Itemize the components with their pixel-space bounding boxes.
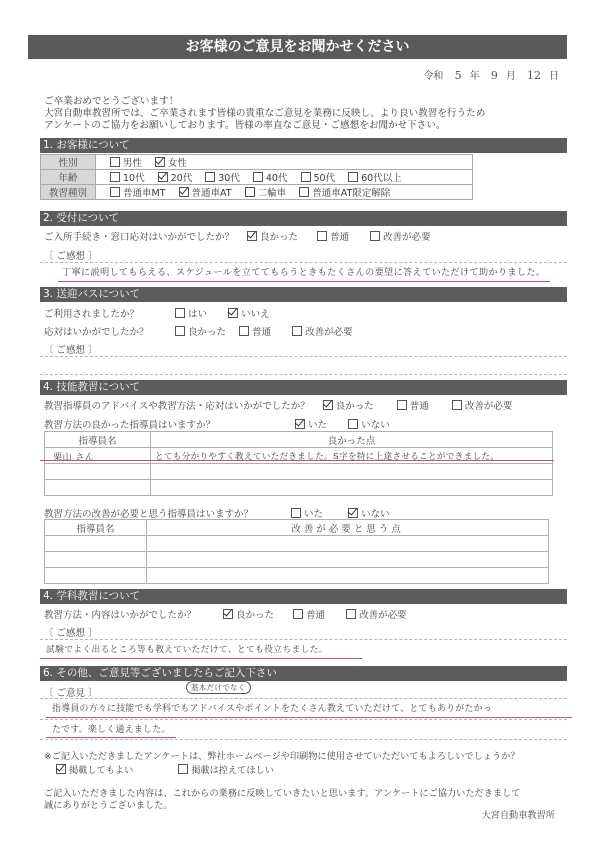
practical-eval-row: 教習指導員のアドバイスや教習方法・応対はいかがでしたか？ 良かった 普通 改善が… xyxy=(44,398,512,412)
consent-allow[interactable]: 掲載してもよい xyxy=(56,765,133,776)
checkbox-icon[interactable] xyxy=(346,609,356,619)
bad-instructor-no[interactable]: いない xyxy=(348,506,390,520)
checkbox-icon[interactable] xyxy=(175,308,185,318)
intro-line-2: 大宮自動車教習所では、ご卒業されます皆様の貴重なご意見を業務に反映し、より良い教… xyxy=(44,108,485,120)
checkbox-icon[interactable] xyxy=(110,172,120,182)
checkbox-icon[interactable] xyxy=(292,326,302,336)
improvement-points-cell[interactable] xyxy=(147,536,549,552)
good-instructor-row: 教習方法の良かった指導員はいますか？ いた いない xyxy=(44,417,390,431)
bus-usage-row: ご利用されましたか？ はい いいえ xyxy=(44,306,270,320)
bus-usage-question: ご利用されましたか？ xyxy=(44,306,162,320)
gender-male[interactable]: 男性 xyxy=(110,155,142,169)
checkbox-checked-icon[interactable] xyxy=(247,231,257,241)
course-type-label: 教習種別 xyxy=(41,185,96,200)
checkbox-icon[interactable] xyxy=(317,231,327,241)
date-month[interactable]: 9 xyxy=(491,69,498,82)
reception-improve[interactable]: 改善が必要 xyxy=(370,229,431,243)
bad-instructor-table: 指導員名 改善が必要と思う点 xyxy=(44,519,549,584)
consent-deny[interactable]: 掲載は控えてほしい xyxy=(178,765,274,776)
instructor-name-cell[interactable] xyxy=(45,480,151,496)
good-points-cell[interactable] xyxy=(151,480,553,496)
checkbox-icon[interactable] xyxy=(239,326,249,336)
improvement-points-cell[interactable] xyxy=(147,568,549,584)
age-50s[interactable]: 50代 xyxy=(301,170,336,184)
instructor-name-cell[interactable] xyxy=(45,552,147,568)
bus-service-row: 応対はいかがでしたか？ 良かった 普通 改善が必要 xyxy=(44,324,353,338)
date-day[interactable]: 12 xyxy=(527,69,541,82)
checkbox-icon[interactable] xyxy=(301,172,311,182)
bus-normal[interactable]: 普通 xyxy=(239,324,271,338)
instructor-name-cell[interactable]: 栗山 さん xyxy=(45,448,151,464)
checkbox-icon[interactable] xyxy=(299,187,309,197)
divider xyxy=(40,356,567,357)
checkbox-checked-icon[interactable] xyxy=(158,172,168,182)
checkbox-checked-icon[interactable] xyxy=(323,400,333,410)
checkbox-icon[interactable] xyxy=(370,231,380,241)
opinion-label: 〔 ご意見 〕 xyxy=(44,685,98,699)
red-underline xyxy=(40,460,554,461)
checkbox-icon[interactable] xyxy=(452,400,462,410)
reception-normal[interactable]: 普通 xyxy=(317,229,349,243)
signature: 大宮自動車教習所 xyxy=(482,810,556,822)
course-type-options: 普通車MT 普通車AT 二輪車 普通車AT限定解除 xyxy=(96,185,473,200)
age-options: 10代 20代 30代 40代 50代 60代以上 xyxy=(96,170,473,185)
col-improvement-points: 改善が必要と思う点 xyxy=(147,520,549,536)
reception-comment[interactable]: 丁寧に説明してもらえる、スケジュールを立ててもらうときもたくさんの要望に答えてい… xyxy=(62,264,545,278)
gender-female[interactable]: 女性 xyxy=(155,155,187,169)
consent-question: ※ご記入いただきましたアンケートは、弊社ホームページや印刷物に使用させていただい… xyxy=(44,751,520,763)
bad-instructor-row: 教習方法の改善が必要と思う指導員はいますか？ いた いない xyxy=(44,506,390,520)
bus-service-question: 応対はいかがでしたか？ xyxy=(44,324,162,338)
section-2-header: 2. 受付について xyxy=(40,211,567,226)
checkbox-checked-icon[interactable] xyxy=(228,308,238,318)
customer-info-table: 性別 男性 女性 年齢 10代 20代 30代 40代 50代 60代以上 教習… xyxy=(40,154,473,200)
red-underline xyxy=(58,281,550,282)
intro-line-3: アンケートのご協力をお願いしております。皆様の率直なご意見・ご感想をお聞かせ下さ… xyxy=(44,120,485,132)
divider xyxy=(40,719,567,720)
section-5-header: 4. 学科教習について xyxy=(40,589,567,604)
checkbox-icon[interactable] xyxy=(348,419,358,429)
practical-good[interactable]: 良かった xyxy=(323,398,374,412)
checkbox-icon[interactable] xyxy=(253,172,263,182)
checkbox-checked-icon[interactable] xyxy=(155,157,165,167)
age-20s[interactable]: 20代 xyxy=(158,170,193,184)
course-mt[interactable]: 普通車MT xyxy=(110,185,166,199)
checkbox-icon[interactable] xyxy=(245,187,255,197)
checkbox-icon[interactable] xyxy=(175,326,185,336)
col-instructor-name: 指導員名 xyxy=(45,432,151,448)
bus-comment-label: 〔 ご感想 〕 xyxy=(44,342,98,356)
day-unit: 日 xyxy=(549,71,559,82)
col-instructor-name: 指導員名 xyxy=(45,520,147,536)
checkbox-icon[interactable] xyxy=(110,187,120,197)
checkbox-icon[interactable] xyxy=(291,508,301,518)
checkbox-checked-icon[interactable] xyxy=(223,609,233,619)
course-motorcycle[interactable]: 二輪車 xyxy=(245,185,287,199)
red-underline xyxy=(40,658,362,659)
gender-label: 性別 xyxy=(41,155,96,170)
reception-question: ご入所手続き・窓口応対はいかがでしたか？ xyxy=(44,232,234,243)
classroom-eval-question: 教習方法・内容はいかがでしたか？ xyxy=(44,607,210,621)
date-era: 令和 xyxy=(423,71,443,82)
table-row xyxy=(45,552,549,568)
classroom-improve[interactable]: 改善が必要 xyxy=(346,607,407,621)
checkbox-icon[interactable] xyxy=(205,172,215,182)
bus-good[interactable]: 良かった xyxy=(175,324,226,338)
bad-instructor-question: 教習方法の改善が必要と思う指導員はいますか？ xyxy=(44,506,278,520)
consent-options: 掲載してもよい 掲載は控えてほしい xyxy=(56,764,274,777)
age-30s[interactable]: 30代 xyxy=(205,170,240,184)
reception-good[interactable]: 良かった xyxy=(247,229,298,243)
year-unit: 年 xyxy=(470,71,480,82)
instructor-name-cell[interactable] xyxy=(45,568,147,584)
practical-normal[interactable]: 普通 xyxy=(397,398,429,412)
divider xyxy=(40,262,567,263)
good-instructor-yes[interactable]: いた xyxy=(295,417,327,431)
handwritten-annotation: 基本だけでなく xyxy=(186,681,251,694)
bus-improve[interactable]: 改善が必要 xyxy=(292,324,353,338)
classroom-good[interactable]: 良かった xyxy=(223,607,274,621)
table-row: 栗山 さん とても分かりやすく教えていただきました。S字を特に上達させることがで… xyxy=(45,448,553,464)
instructor-name-cell[interactable] xyxy=(45,464,151,480)
practical-eval-question: 教習指導員のアドバイスや教習方法・応対はいかがでしたか？ xyxy=(44,401,310,412)
bus-used-no[interactable]: いいえ xyxy=(228,306,270,320)
checkbox-icon[interactable] xyxy=(178,764,188,774)
classroom-normal[interactable]: 普通 xyxy=(293,607,325,621)
table-row xyxy=(45,480,553,496)
month-unit: 月 xyxy=(506,71,516,82)
good-instructor-question: 教習方法の良かった指導員はいますか？ xyxy=(44,417,282,431)
table-row xyxy=(45,568,549,584)
practical-improve[interactable]: 改善が必要 xyxy=(452,398,513,412)
reception-question-row: ご入所手続き・窓口応対はいかがでしたか？ 良かった 普通 改善が必要 xyxy=(44,229,431,243)
course-at[interactable]: 普通車AT xyxy=(179,185,232,199)
improvement-points-cell[interactable] xyxy=(147,552,549,568)
checkbox-icon[interactable] xyxy=(348,172,358,182)
checkbox-checked-icon[interactable] xyxy=(348,508,358,518)
checkbox-icon[interactable] xyxy=(397,400,407,410)
checkbox-checked-icon[interactable] xyxy=(56,764,66,774)
classroom-eval-row: 教習方法・内容はいかがでしたか？ 良かった 普通 改善が必要 xyxy=(44,607,407,621)
red-underline xyxy=(46,717,572,718)
classroom-comment[interactable]: 試験でよく出るところ等も教えていただけて、とても役立ちました。 xyxy=(46,642,328,655)
col-good-points: 良かった点 xyxy=(151,432,553,448)
section-4-header: 4. 技能教習について xyxy=(40,380,567,395)
section-3-header: 3. 送迎バスについて xyxy=(40,287,567,302)
date-year[interactable]: 5 xyxy=(455,69,462,82)
section-6-header: 6. その他、ご意見等ございましたらご記入下さい xyxy=(40,666,567,681)
intro-text: ご卒業おめでとうございます！ 大宮自動車教習所では、ご卒業されます皆様の貴重なご… xyxy=(44,96,485,132)
divider xyxy=(40,739,567,740)
section-1-header: 1. お客様について xyxy=(40,138,567,153)
bus-used-yes[interactable]: はい xyxy=(175,306,207,320)
good-points-cell[interactable]: とても分かりやすく教えていただきました。S字を特に上達させることができました。 xyxy=(151,448,553,464)
thanks-line-1: ご記入いただきました内容は、これからの業務に反映していきたいと思います。アンケー… xyxy=(44,788,520,800)
age-10s[interactable]: 10代 xyxy=(110,170,145,184)
checkbox-icon[interactable] xyxy=(293,609,303,619)
table-row xyxy=(45,464,553,480)
table-row xyxy=(45,536,549,552)
red-underline xyxy=(46,737,176,738)
good-instructor-no[interactable]: いない xyxy=(348,417,390,431)
age-label: 年齢 xyxy=(41,170,96,185)
instructor-name-cell[interactable] xyxy=(45,536,147,552)
divider xyxy=(40,639,567,640)
divider xyxy=(40,374,567,375)
good-points-cell[interactable] xyxy=(151,464,553,480)
thanks-line-2: 誠にありがとうございました。 xyxy=(44,800,520,812)
reception-comment-label: 〔 ご感想 〕 xyxy=(44,248,98,262)
checkbox-checked-icon[interactable] xyxy=(179,187,189,197)
checkbox-icon[interactable] xyxy=(110,157,120,167)
good-instructor-table: 指導員名 良かった点 栗山 さん とても分かりやすく教えていただきました。S字を… xyxy=(44,431,553,496)
page-title: お客様のご意見をお聞かせください xyxy=(28,35,567,59)
thanks-text: ご記入いただきました内容は、これからの業務に反映していきたいと思います。アンケー… xyxy=(44,788,520,812)
course-at-release[interactable]: 普通車AT限定解除 xyxy=(299,185,390,199)
classroom-comment-label: 〔 ご感想 〕 xyxy=(44,625,98,639)
gender-options: 男性 女性 xyxy=(96,155,473,170)
divider xyxy=(40,698,567,699)
age-60s-plus[interactable]: 60代以上 xyxy=(348,170,402,184)
opinion-comment-line-2[interactable]: たです。楽しく通えました。 xyxy=(52,722,171,735)
bad-instructor-yes[interactable]: いた xyxy=(291,506,323,520)
opinion-comment-line-1[interactable]: 指導員の方々に技能でも学科でもアドバイスやポイントをたくさん教えていただけて、と… xyxy=(52,701,492,714)
age-40s[interactable]: 40代 xyxy=(253,170,288,184)
intro-line-1: ご卒業おめでとうございます！ xyxy=(44,96,485,108)
checkbox-checked-icon[interactable] xyxy=(295,419,305,429)
date: 令和 5年 9月 12日 xyxy=(423,67,559,82)
